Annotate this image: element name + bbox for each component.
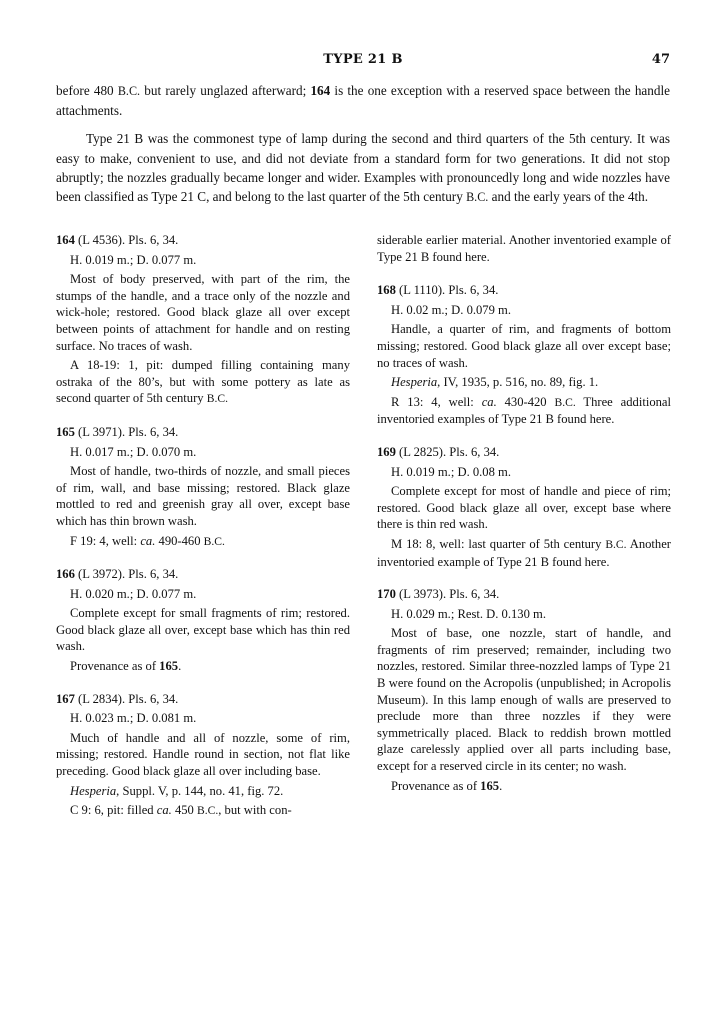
page-number: 47 [652, 52, 670, 67]
catalog-ref: 164 [310, 83, 330, 98]
find-context: R 13: 4, well: ca. 430-420 B.C. Three ad… [377, 394, 671, 428]
right-column: siderable earlier material. Another inve… [377, 232, 671, 810]
dimensions: H. 0.029 m.; Rest. D. 0.130 m. [377, 606, 671, 623]
entry-number: 167 [56, 692, 75, 706]
intro-text: before 480 B.C. but rarely unglazed afte… [56, 81, 670, 207]
entry-heading: 169 (L 2825). Pls. 6, 34. [377, 444, 671, 461]
era-abbrev: B.C. [605, 538, 626, 551]
continued-paragraph: before 480 B.C. but rarely unglazed afte… [56, 81, 670, 120]
entry-heading: 168 (L 1110). Pls. 6, 34. [377, 282, 671, 299]
text: before 480 [56, 83, 118, 98]
entry-number: 165 [56, 425, 75, 439]
era-abbrev: B.C. [118, 84, 140, 98]
catalog-entry-164: 164 (L 4536). Pls. 6, 34. H. 0.019 m.; D… [56, 232, 350, 408]
entry-heading: 170 (L 3973). Pls. 6, 34. [377, 586, 671, 603]
text: Provenance as of [391, 779, 480, 793]
entry-heading: 164 (L 4536). Pls. 6, 34. [56, 232, 350, 249]
description: Much of handle and all of nozzle, some o… [56, 730, 350, 780]
catalog-ref: 165 [159, 659, 178, 673]
era-abbrev: B.C. [204, 535, 225, 548]
text: 490-460 [155, 534, 203, 548]
entry-heading: 166 (L 3972). Pls. 6, 34. [56, 566, 350, 583]
era-abbrev: B.C. [555, 396, 576, 409]
era-abbrev: B.C. [207, 392, 228, 405]
dimensions: H. 0.020 m.; D. 0.077 m. [56, 586, 350, 603]
catalog-entry-168: 168 (L 1110). Pls. 6, 34. H. 0.02 m.; D.… [377, 282, 671, 428]
text: , but with con- [218, 803, 291, 817]
description: Most of base, one nozzle, start of handl… [377, 625, 671, 774]
find-context: F 19: 4, well: ca. 490-460 B.C. [56, 533, 350, 551]
catalog-ref: 165 [480, 779, 499, 793]
find-context: M 18: 8, well: last quarter of 5th centu… [377, 536, 671, 570]
text: 450 [172, 803, 197, 817]
provenance: Provenance as of 165. [56, 658, 350, 675]
inventory-plates: (L 4536). Pls. 6, 34. [75, 233, 178, 247]
entry-number: 169 [377, 445, 396, 459]
text: , IV, 1935, p. 516, no. 89, fig. 1. [437, 375, 598, 389]
dimensions: H. 0.019 m.; D. 0.077 m. [56, 252, 350, 269]
catalog-entry-166: 166 (L 3972). Pls. 6, 34. H. 0.020 m.; D… [56, 566, 350, 675]
era-abbrev: B.C. [466, 190, 488, 204]
catalog-entry-167: 167 (L 2834). Pls. 6, 34. H. 0.023 m.; D… [56, 691, 350, 820]
circa: ca. [140, 534, 155, 548]
journal-title: Hesperia [391, 375, 437, 389]
circa: ca. [157, 803, 172, 817]
dimensions: H. 0.02 m.; D. 0.079 m. [377, 302, 671, 319]
description: Handle, a quarter of rim, and fragments … [377, 321, 671, 371]
text: 430-420 [497, 395, 555, 409]
text: Provenance as of [70, 659, 159, 673]
text: . [499, 779, 502, 793]
inventory-plates: (L 2825). Pls. 6, 34. [396, 445, 499, 459]
inventory-plates: (L 3973). Pls. 6, 34. [396, 587, 499, 601]
catalog-entry-169: 169 (L 2825). Pls. 6, 34. H. 0.019 m.; D… [377, 444, 671, 570]
catalog-entry-165: 165 (L 3971). Pls. 6, 34. H. 0.017 m.; D… [56, 424, 350, 550]
text: C 9: 6, pit: filled [70, 803, 157, 817]
entry-number: 170 [377, 587, 396, 601]
description: Most of handle, two-thirds of nozzle, an… [56, 463, 350, 529]
entry-number: 166 [56, 567, 75, 581]
find-context-continued: siderable earlier material. Another inve… [377, 232, 671, 265]
running-title: TYPE 21 B [56, 52, 670, 67]
dimensions: H. 0.019 m.; D. 0.08 m. [377, 464, 671, 481]
circa: ca. [482, 395, 497, 409]
text: A 18-19: 1, pit: dumped filling containi… [56, 358, 350, 405]
entry-heading: 165 (L 3971). Pls. 6, 34. [56, 424, 350, 441]
text: , Suppl. V, p. 144, no. 41, fig. 72. [116, 784, 283, 798]
text: but rarely unglazed afterward; [140, 83, 310, 98]
left-column: 164 (L 4536). Pls. 6, 34. H. 0.019 m.; D… [56, 232, 350, 836]
inventory-plates: (L 3972). Pls. 6, 34. [75, 567, 178, 581]
entry-heading: 167 (L 2834). Pls. 6, 34. [56, 691, 350, 708]
dimensions: H. 0.023 m.; D. 0.081 m. [56, 710, 350, 727]
running-header: TYPE 21 B 47 [56, 52, 670, 72]
journal-title: Hesperia [70, 784, 116, 798]
description: Complete except for small fragments of r… [56, 605, 350, 655]
era-abbrev: B.C. [197, 804, 218, 817]
type-summary-paragraph: Type 21 B was the commonest type of lamp… [56, 129, 670, 207]
text: F 19: 4, well: [70, 534, 140, 548]
bibliography: Hesperia, Suppl. V, p. 144, no. 41, fig.… [56, 783, 350, 800]
text: . [178, 659, 181, 673]
entry-number: 168 [377, 283, 396, 297]
inventory-plates: (L 1110). Pls. 6, 34. [396, 283, 499, 297]
bibliography: Hesperia, IV, 1935, p. 516, no. 89, fig.… [377, 374, 671, 391]
provenance: Provenance as of 165. [377, 778, 671, 795]
find-context: C 9: 6, pit: filled ca. 450 B.C., but wi… [56, 802, 350, 820]
catalog-entry-170: 170 (L 3973). Pls. 6, 34. H. 0.029 m.; R… [377, 586, 671, 794]
description: Most of body preserved, with part of the… [56, 271, 350, 354]
text: and the early years of the 4th. [488, 189, 648, 204]
inventory-plates: (L 3971). Pls. 6, 34. [75, 425, 178, 439]
find-context: A 18-19: 1, pit: dumped filling containi… [56, 357, 350, 408]
entry-number: 164 [56, 233, 75, 247]
text: M 18: 8, well: last quarter of 5th centu… [391, 537, 605, 551]
description: Complete except for most of handle and p… [377, 483, 671, 533]
inventory-plates: (L 2834). Pls. 6, 34. [75, 692, 178, 706]
text: R 13: 4, well: [391, 395, 482, 409]
dimensions: H. 0.017 m.; D. 0.070 m. [56, 444, 350, 461]
